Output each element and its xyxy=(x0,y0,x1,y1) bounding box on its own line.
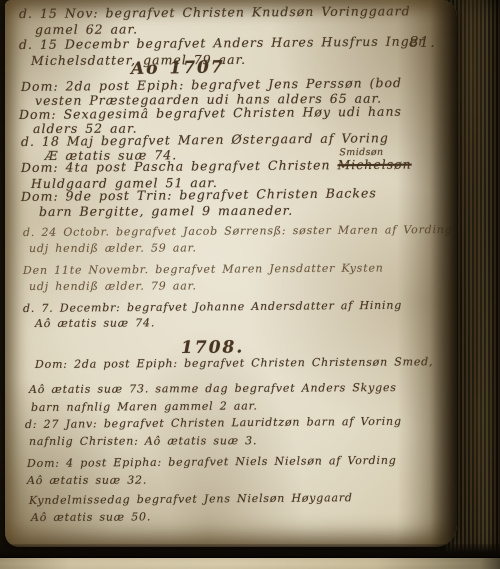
register-entry-line: d. 15 Decembr begrafvet Anders Hares Hus… xyxy=(19,35,425,51)
register-entry-line: barn nafnlig Maren gammel 2 aar. xyxy=(31,400,258,413)
year-heading-1708: 1708. xyxy=(181,339,244,357)
table-edge-strip xyxy=(0,558,500,569)
register-entry-line-corrected: Dom: 4ta post Pascha begrafvet Christen … xyxy=(21,159,412,175)
register-entry-line: d. 24 Octobr. begrafvet Jacob Sørrensß: … xyxy=(23,224,453,238)
entry-text: Dom: 4ta post Pascha begrafvet Christen xyxy=(21,157,338,175)
superscript-correction: Smidsøn xyxy=(339,148,383,158)
register-entry-line: nafnlig Christen: Aô ætatis suæ 3. xyxy=(29,435,257,447)
manuscript-photo: 81. d. 15 Nov: begrafvet Christen Knudsø… xyxy=(0,0,500,569)
struck-surname: Michelsøn xyxy=(337,157,411,173)
register-entry-line: d: 27 Janv: begrafvet Christen Lauridtzø… xyxy=(25,416,402,430)
register-entry-line: Aô ætatis suæ 50. xyxy=(31,511,151,523)
register-entry-line: Kyndelmissedag begrafvet Jens Nielsøn Hø… xyxy=(29,492,353,506)
register-entry-line: Dom: Sexagesimâ begrafvet Christen Høy u… xyxy=(19,106,402,122)
register-entry-line: udj hendiß ælder. 59 aar. xyxy=(29,242,197,254)
register-entry-line: Den 11te Novembr. begrafvet Maren Jensda… xyxy=(23,262,384,276)
register-entry-line: Aô ætatis suæ 74. xyxy=(35,317,155,329)
register-entry-line: Aô ætatis suæ 73. samme dag begrafvet An… xyxy=(29,382,397,395)
register-entry-line: Dom: 4 post Epipha: begrafvet Niels Niel… xyxy=(27,455,397,469)
manuscript-page: 81. d. 15 Nov: begrafvet Christen Knudsø… xyxy=(5,0,457,547)
register-entry-line: d. 15 Nov: begrafvet Christen Knudsøn Vo… xyxy=(19,5,411,20)
register-entry-line: Dom: 9de post Trin: begrafvet Christen B… xyxy=(21,187,377,203)
correction-wrap: MichelsønSmidsøn xyxy=(337,157,411,173)
register-entry-line: udj hendiß ælder. 79 aar. xyxy=(29,280,197,292)
register-entry-line: Aô ætatis suæ 32. xyxy=(27,475,147,486)
shadow-gap xyxy=(0,544,500,558)
register-entry-line: d. 7. Decembr: begrafvet Johanne Andersd… xyxy=(23,300,402,314)
register-entry-line: d. 18 Maj begrafvet Maren Østergaard af … xyxy=(21,132,389,148)
register-entry-line: barn Bergitte, gamel 9 maaneder. xyxy=(39,205,293,219)
register-entry-line: gamel 62 aar. xyxy=(35,23,138,36)
year-heading-1707: Ao 1707 xyxy=(131,59,225,78)
register-entry-line: Dom: 2da post Epiph: begrafvet Christen … xyxy=(35,356,433,370)
